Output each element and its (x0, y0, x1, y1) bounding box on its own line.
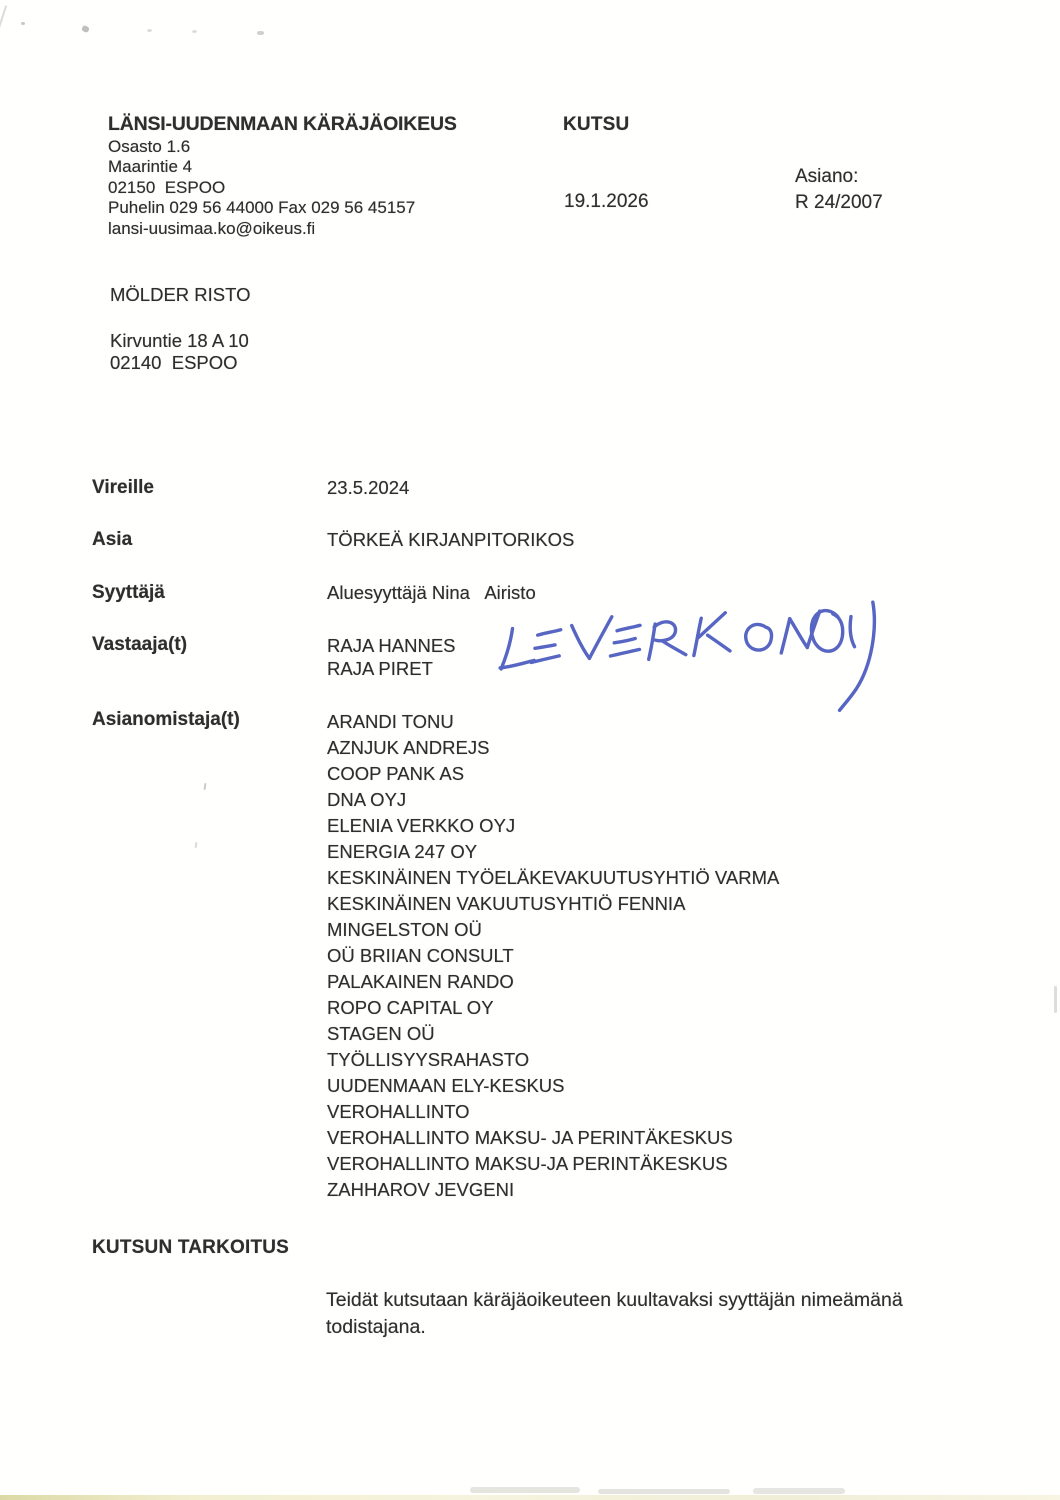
injured-party-item: COOP PANK AS (327, 761, 779, 787)
scan-speck (81, 25, 90, 33)
injured-party-item: PALAKAINEN RANDO (327, 969, 779, 995)
defendant-list: RAJA HANNESRAJA PIRET (327, 634, 456, 680)
document-type-title: KUTSU (563, 114, 629, 136)
court-name: LÄNSI-UUDENMAAN KÄRÄJÄOIKEUS (108, 111, 457, 137)
scan-smudge (598, 1489, 730, 1494)
recipient-postal-city: 02140 ESPOO (110, 352, 249, 374)
court-street: Maarintie 4 (108, 157, 457, 177)
injured-party-item: KESKINÄINEN VAKUUTUSYHTIÖ FENNIA (327, 891, 779, 917)
scan-artifact-corner-line (0, 5, 7, 31)
scan-speck (192, 30, 197, 33)
recipient-street: Kirvuntie 18 A 10 (110, 330, 249, 352)
court-phone-fax: Puhelin 029 56 44000 Fax 029 56 45157 (108, 198, 457, 218)
field-label-vireille: Vireille (92, 477, 154, 499)
scan-speck (147, 29, 152, 32)
recipient-address-block: Kirvuntie 18 A 10 02140 ESPOO (110, 330, 249, 374)
field-label-asianomistajat: Asianomistaja(t) (92, 709, 240, 731)
injured-party-item: UUDENMAAN ELY-KESKUS (327, 1073, 779, 1099)
field-value-asia: TÖRKEÄ KIRJANPITORIKOS (327, 529, 574, 551)
scanned-court-summons-page: LÄNSI-UUDENMAAN KÄRÄJÄOIKEUS Osasto 1.6 … (0, 0, 1060, 1500)
scan-artifact-right-edge (1054, 986, 1057, 1013)
injured-party-item: ENERGIA 247 OY (327, 839, 779, 865)
injured-party-item: ELENIA VERKKO OYJ (327, 813, 779, 839)
injured-party-item: ROPO CAPITAL OY (327, 995, 779, 1021)
recipient-name: MÖLDER RISTO (110, 284, 250, 306)
court-postal-city: 02150 ESPOO (108, 178, 457, 198)
injured-party-item: AZNJUK ANDREJS (327, 735, 779, 761)
summons-purpose-line: Teidät kutsutaan käräjäoikeuteen kuultav… (326, 1287, 903, 1314)
injured-party-item: VEROHALLINTO MAKSU- JA PERINTÄKESKUS (327, 1125, 779, 1151)
scan-smudge (753, 1488, 845, 1494)
court-department: Osasto 1.6 (108, 137, 457, 157)
field-label-asia: Asia (92, 529, 132, 551)
field-label-vastaajat: Vastaaja(t) (92, 634, 187, 656)
court-header-block: LÄNSI-UUDENMAAN KÄRÄJÄOIKEUS Osasto 1.6 … (108, 111, 457, 239)
injured-party-item: KESKINÄINEN TYÖELÄKEVAKUUTUSYHTIÖ VARMA (327, 865, 779, 891)
court-email: lansi-uusimaa.ko@oikeus.fi (108, 219, 457, 239)
injured-party-item: VEROHALLINTO (327, 1099, 779, 1125)
defendant-item: RAJA PIRET (327, 657, 456, 680)
handwritten-annotation (491, 594, 905, 729)
defendant-item: RAJA HANNES (327, 634, 456, 657)
case-number-value: R 24/2007 (795, 192, 883, 214)
injured-party-item: MINGELSTON OÜ (327, 917, 779, 943)
scan-speck (195, 842, 198, 848)
injured-party-item: OÜ BRIIAN CONSULT (327, 943, 779, 969)
scan-bottom-edge-strip (0, 1495, 1060, 1500)
summons-purpose-line: todistajana. (326, 1314, 903, 1341)
injured-party-item: ZAHHAROV JEVGENI (327, 1177, 779, 1203)
injured-party-item: STAGEN OÜ (327, 1021, 779, 1047)
summons-purpose-text: Teidät kutsutaan käräjäoikeuteen kuultav… (326, 1287, 903, 1341)
injured-party-list: ARANDI TONUAZNJUK ANDREJSCOOP PANK ASDNA… (327, 709, 779, 1203)
section-heading: KUTSUN TARKOITUS (92, 1237, 289, 1259)
scan-speck (204, 783, 207, 790)
injured-party-item: DNA OYJ (327, 787, 779, 813)
case-number-label: Asiano: (795, 166, 858, 188)
scan-smudge (470, 1487, 580, 1493)
injured-party-item: TYÖLLISYYSRAHASTO (327, 1047, 779, 1073)
document-date: 19.1.2026 (564, 191, 649, 213)
handwriting-strokes (499, 602, 876, 716)
scan-speck (21, 22, 25, 25)
field-value-vireille: 23.5.2024 (327, 477, 409, 499)
injured-party-item: VEROHALLINTO MAKSU-JA PERINTÄKESKUS (327, 1151, 779, 1177)
scan-speck (257, 31, 264, 35)
field-label-syyttaja: Syyttäjä (92, 582, 165, 604)
